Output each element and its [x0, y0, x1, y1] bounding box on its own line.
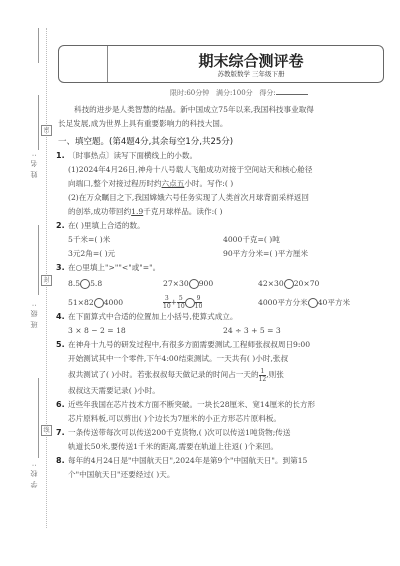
answer-blank[interactable]: 5千米=( )米 — [68, 233, 223, 247]
answer-blank[interactable]: 3元2角=( )元 — [68, 247, 223, 261]
question-number: 5. — [56, 338, 65, 352]
question-8: 8. 每年的4月24日是"中国航天日",2024年是第9个"中国航天日"。到第1… — [58, 454, 388, 482]
question-number: 4. — [56, 310, 65, 324]
intro-line: 科技的进步是人类智慧的结晶。新中国成立75年以来,我国科技事业取得 — [58, 103, 388, 117]
margin-rule — [38, 378, 39, 458]
compare-circle[interactable] — [308, 298, 318, 308]
question-6: 6. 近些年我国在芯片技术方面不断突破。一块长28厘米、宽14厘米的长方形 芯片… — [58, 398, 388, 426]
equation[interactable]: 24 ÷ 3 + 5 = 3 — [223, 324, 281, 338]
question-text: ,则张 — [266, 370, 284, 379]
question-stem: 〔时事热点〕读写下面横线上的小数。 — [68, 149, 388, 163]
question-number: 6. — [56, 398, 65, 412]
fraction: 310 — [163, 295, 171, 310]
compare-circle[interactable] — [80, 279, 90, 289]
expr: 5.8 — [90, 279, 102, 288]
margin-rule — [38, 225, 39, 295]
question-text: 每年的4月24日是"中国航天日",2024年是第9个"中国航天日"。到第15 — [68, 454, 388, 468]
question-number: 2. — [56, 219, 65, 233]
question-4: 4. 在下面算式中合适的位置加上小括号,使算式成立。 3 × 8 − 2 = 1… — [58, 310, 388, 338]
answer-blank[interactable]: 叔叔这天需要记录( )小时。 — [68, 384, 388, 398]
question-2: 2. 在( )里填上合适的数。 5千米=( )米4000千克=( )吨 3元2角… — [58, 219, 388, 261]
margin-rule — [38, 95, 39, 150]
answer-blank[interactable]: 个"中国航天日"还要经过( )天。 — [68, 468, 388, 482]
score-label: 得分: — [259, 89, 275, 97]
question-1: 1. 〔时事热点〕读写下面横线上的小数。 (1)2024年4月26日,神舟十八号… — [58, 149, 388, 219]
compare-circle[interactable] — [284, 279, 294, 289]
expr: 900 — [199, 279, 214, 288]
page-title: 期末综合测评卷 — [59, 50, 383, 71]
underlined-number: 六点五 — [162, 179, 185, 188]
name-label: 姓名: — [29, 150, 39, 178]
question-number: 8. — [56, 454, 65, 468]
answer-blank[interactable]: 轨道长50米,要传送1千米的距离,需要在轨道上往返( )个来回。 — [68, 440, 388, 454]
answer-blank[interactable]: 千克月球样品。读作:( ) — [143, 207, 222, 216]
question-7: 7. 一条传送带每次可以传送200千克货物,( )次可以传送1吨货物;传送 轨道… — [58, 426, 388, 454]
expr: 8.5 — [68, 279, 80, 288]
answer-blank[interactable]: 一条传送带每次可以传送200千克货物,( )次可以传送1吨货物;传送 — [68, 426, 388, 440]
score-field[interactable] — [276, 94, 308, 95]
seal-mark: 密 — [41, 125, 52, 136]
school-label: 学校: — [29, 460, 39, 488]
seal-mark: 线 — [41, 425, 52, 436]
expr: 40平方米 — [318, 298, 350, 307]
time-limit: 限时:60分钟 — [170, 89, 209, 97]
expr: 4000平方分米 — [258, 298, 308, 307]
question-stem: 在○里填上">""<"或"="。 — [68, 261, 388, 275]
full-score: 满分:100分 — [216, 89, 253, 97]
question-5: 5. 在神舟十九号的研发过程中,有很多方面需要测试,工程师张叔叔周日9:00 开… — [58, 338, 388, 398]
question-stem: 在下面算式中合适的位置加上小括号,使算式成立。 — [68, 310, 388, 324]
question-text: (2)在万众瞩目之下,我国嫦娥六号任务实现了人类首次月球背面采样返回 — [68, 191, 388, 205]
page-subtitle: 苏教版数学 三年级下册 — [59, 69, 383, 78]
expr: 51×82 — [68, 298, 94, 307]
answer-blank[interactable]: 芯片原料板,可以剪出( )个边长为7厘米的小正方形芯片原料板。 — [68, 412, 388, 426]
compare-circle[interactable] — [189, 279, 199, 289]
answer-blank[interactable]: 叔共测试了( )小时。若张叔叔每天做记录的时间占一天的 — [68, 370, 259, 379]
section-heading: 一、填空题。(第4题4分,其余每空1分,共25分) — [58, 135, 388, 149]
answer-blank[interactable]: 开始测试其中一个零件,下午4:00结束测试。一天共有( )小时,张叔 — [68, 352, 388, 366]
exam-content: 科技的进步是人类智慧的结晶。新中国成立75年以来,我国科技事业取得 长足发展,成… — [58, 103, 388, 482]
exam-meta: 限时:60分钟 满分:100分 得分: — [170, 88, 308, 98]
seal-mark: 封 — [41, 275, 52, 286]
question-number: 3. — [56, 261, 65, 275]
question-text: 在神舟十九号的研发过程中,有很多方面需要测试,工程师张叔叔周日9:00 — [68, 338, 388, 352]
expr: 42×30 — [258, 279, 284, 288]
compare-circle[interactable] — [185, 298, 195, 308]
equation[interactable]: 3 × 8 − 2 = 18 — [68, 324, 223, 338]
header-box: 期末综合测评卷 苏教版数学 三年级下册 — [58, 45, 384, 83]
underlined-number: 1.9 — [131, 207, 143, 216]
fraction: 510 — [177, 295, 185, 310]
question-3: 3. 在○里填上">""<"或"="。 8.55.8 27×30900 42×3… — [58, 261, 388, 310]
question-text: 的创举,成功带回约 — [68, 207, 131, 216]
answer-blank[interactable]: 90平方分米=( )平方厘米 — [223, 247, 308, 261]
question-stem: 在( )里填上合适的数。 — [68, 219, 388, 233]
margin-rule — [38, 28, 39, 63]
intro-line: 长足发展,成为世界上具有重要影响力的科技大国。 — [58, 117, 388, 131]
question-text: (1)2024年4月26日,神舟十八号载人飞船成功对接于空间站天和核心舱径 — [68, 163, 388, 177]
answer-blank[interactable]: 小时。写作:( ) — [184, 179, 233, 188]
answer-blank[interactable]: 4000千克=( )吨 — [223, 233, 280, 247]
fraction: 910 — [195, 295, 203, 310]
question-number: 7. — [56, 426, 65, 440]
expr: 27×30 — [163, 279, 189, 288]
question-number: 1. — [56, 149, 65, 163]
class-label: 班级: — [29, 300, 39, 328]
question-text: 向端口,整个对接过程历时约 — [68, 179, 162, 188]
compare-circle[interactable] — [94, 298, 104, 308]
question-text: 近些年我国在芯片技术方面不断突破。一块长28厘米、宽14厘米的长方形 — [68, 398, 388, 412]
expr: 20×70 — [294, 279, 320, 288]
expr: 4000 — [104, 298, 123, 307]
